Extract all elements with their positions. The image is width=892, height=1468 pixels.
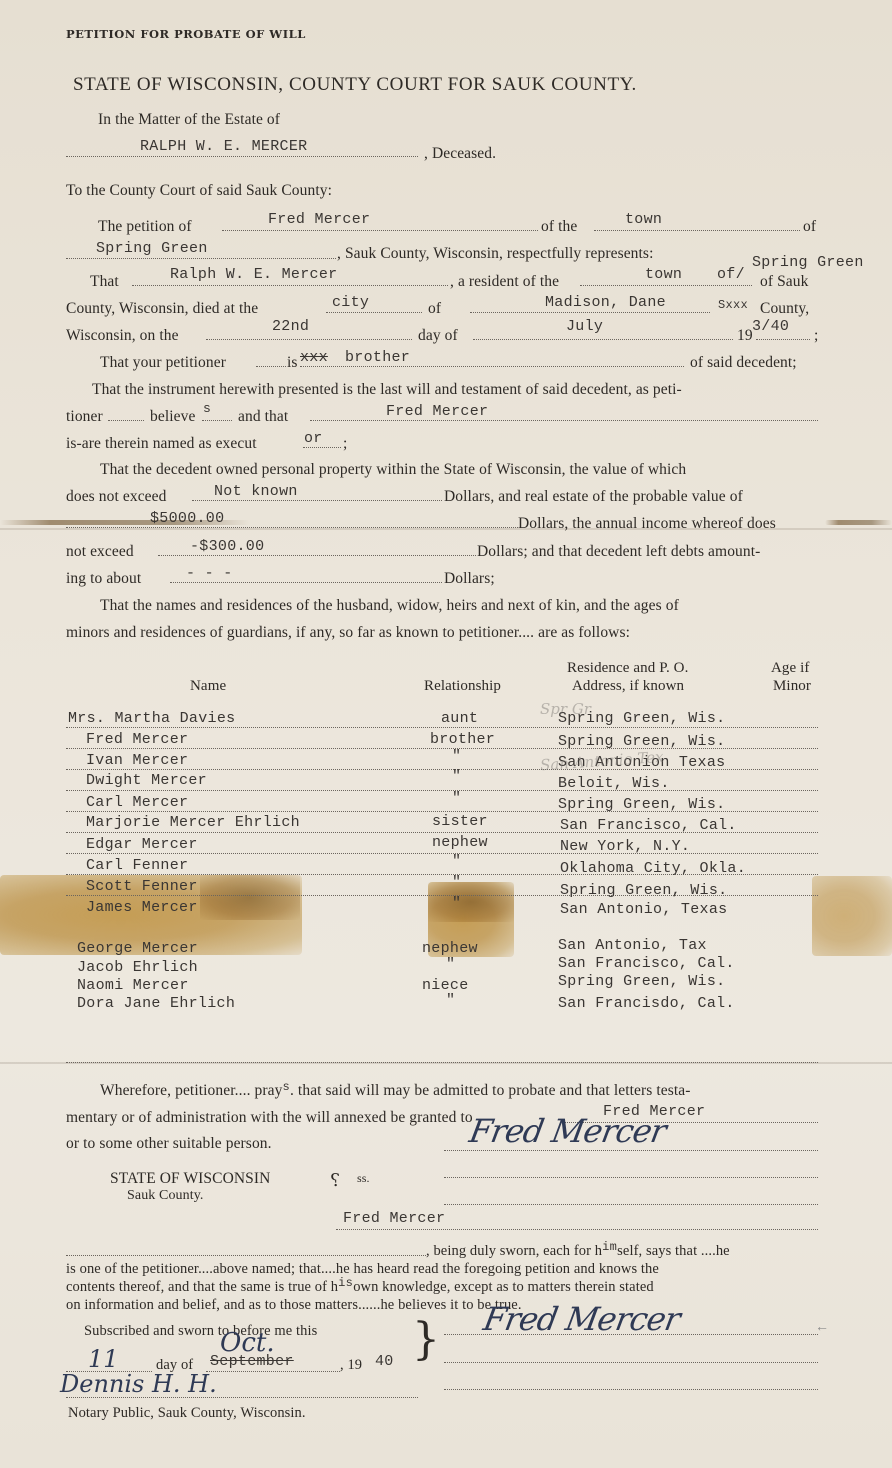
venue-county: Sauk County. [127,1188,204,1204]
heir-residence: Spring Green, Wis. [558,733,725,750]
deceased-label: , Deceased. [424,145,496,163]
label: , a resident of the [450,273,559,291]
oath-text: is one of the petitioner....above named;… [66,1261,659,1278]
column-header-age: Age if [771,660,810,677]
heir-residence: San Francisco, Cal. [558,955,735,972]
heir-name: Ivan Mercer [86,752,188,769]
label: of [428,300,441,318]
label: County, [760,300,809,318]
personal-property-field: Not known [214,483,298,500]
field-line [192,500,442,501]
signature-line [444,1389,818,1390]
oath-text: on information and belief, and as to tho… [66,1297,522,1314]
row-line [66,727,818,728]
label: of Sauk [760,273,809,291]
address-line: To the County Court of said Sauk County: [66,182,332,200]
heir-name: Naomi Mercer [77,977,189,994]
label: believe [150,408,195,426]
label: Dollars, and real estate of the probable… [444,488,743,506]
field-line [326,312,422,313]
label: tioner [66,408,103,426]
field-line [158,555,476,556]
heir-residence: San Antonio, Texas [560,901,727,918]
heir-residence: New York, N.Y. [560,838,690,855]
form-label: PETITION FOR PROBATE OF WILL [66,27,306,41]
pencil-annotation: Spr Gr [540,700,591,718]
death-year-field: 3/40 [752,318,789,335]
heir-name: James Mercer [86,899,198,916]
stain [825,520,892,525]
jurat-month-handwritten: Oct. [220,1328,275,1358]
heir-relationship: " [452,768,461,785]
field-line [310,420,818,421]
label: Dollars, the annual income whereof does [518,515,776,533]
heir-residence: Spring Green, Wis. [558,796,725,813]
heir-name: Dwight Mercer [86,772,207,789]
brace-icon: ⸮ [330,1170,340,1191]
jurat-year-field: 40 [375,1353,394,1370]
executor-name-field: Fred Mercer [386,403,488,420]
prayer-text: or to some other suitable person. [66,1135,272,1153]
label: day of [418,327,458,345]
label: ing to about [66,570,141,588]
heir-relationship: aunt [441,710,478,727]
label: is [287,354,298,372]
column-header-residence: Residence and P. O. [567,660,688,677]
heir-residence: Spring Green, Wis. [558,973,725,990]
heir-relationship: " [452,895,461,912]
paragraph-text: That the instrument herewith presented i… [92,381,682,399]
field-line [170,582,442,583]
label: Wisconsin, on the [66,327,179,345]
row-line [66,853,818,854]
field-line [66,527,518,528]
estate-matter-label: In the Matter of the Estate of [98,111,280,129]
heir-relationship: nephew [422,940,478,957]
field-line [756,339,810,340]
heir-relationship: " [452,748,461,765]
decedent-name-typed: Ralph W. E. Mercer [170,266,337,283]
field-line [580,285,752,286]
label: Dollars; and that decedent left debts am… [477,543,760,561]
check-mark: ← [815,1320,829,1336]
death-place-name-field: Madison, Dane [545,294,666,311]
annual-income-field: -$300.00 [190,538,264,555]
label: and that [238,408,288,426]
death-month-field: July [566,318,603,335]
municipality-type-field: town [625,211,662,228]
oath-text: contents thereof, and that the same is t… [66,1279,654,1296]
brace-icon: } [412,1318,440,1362]
label: of said decedent; [690,354,797,372]
struck-text: xxx [300,349,328,366]
struck-text: Sxxx [718,298,748,312]
column-header-minor: Minor [773,678,811,695]
heir-name: Carl Fenner [86,857,188,874]
jurat-day-handwritten: 11 [88,1345,119,1373]
label: The petition of [98,218,192,236]
field-line [66,1255,426,1256]
text: contents thereof, and that the same is t… [66,1279,338,1295]
heir-residence: Spring Green, Wis. [560,882,727,899]
heir-name: Carl Mercer [86,794,188,811]
heir-relationship: " [452,853,461,870]
label: County, Wisconsin, died at the [66,300,258,318]
signature-line [444,1204,818,1205]
field-line [336,1229,818,1230]
tape-stain [200,875,300,920]
column-header-relationship: Relationship [424,678,501,695]
text: self, says that ....he [617,1243,730,1259]
death-place-type-field: city [332,294,369,311]
heir-relationship: " [446,992,455,1009]
jurat-text: Subscribed and sworn to before me this [84,1323,317,1340]
heir-relationship: " [452,874,461,891]
label: ; [814,327,818,345]
label: not exceed [66,543,134,561]
label: 19 [737,327,753,345]
field-line [202,420,232,421]
petitioner-signature: Fred Mercer [467,1112,669,1150]
prayer-text: Wherefore, petitioner.... prays. that sa… [100,1082,691,1100]
text: , being duly sworn, each for h [426,1243,602,1259]
tape-stain [812,876,892,956]
heir-residence: San Antonio, Tax [558,937,707,954]
real-estate-value-field: $5000.00 [150,510,224,527]
typed-suffix: s [282,1080,290,1094]
field-line [594,230,800,231]
label: is-are therein named as execut [66,435,257,453]
document-page: PETITION FOR PROBATE OF WILL STATE OF WI… [0,0,892,1468]
column-header-name: Name [190,678,226,695]
affiant-signature: Fred Mercer [481,1300,683,1338]
separator-line [66,1062,818,1063]
label: Dollars; [444,570,495,588]
field-line [256,366,286,367]
heir-name: Dora Jane Ehrlich [77,995,235,1012]
heir-name: Edgar Mercer [86,836,198,853]
decedent-name-field: RALPH W. E. MERCER [140,138,307,155]
label: of [803,218,816,236]
heir-residence: San Francisdo, Cal. [558,995,735,1012]
tape-stain [428,882,514,922]
label: That [90,273,119,291]
notary-label: Notary Public, Sauk County, Wisconsin. [68,1405,306,1422]
signature-line [444,1150,818,1151]
venue-state: STATE OF WISCONSIN [110,1170,270,1188]
paragraph-text: minors and residences of guardians, if a… [66,624,630,642]
field-line [66,258,336,259]
residence-name-field: Spring Green [752,254,864,271]
heir-relationship: nephew [432,834,488,851]
paragraph-text: That the names and residences of the hus… [100,597,679,615]
field-line [473,339,733,340]
label: ; [343,435,347,453]
heir-name: George Mercer [77,940,198,957]
oath-text: , being duly sworn, each for himself, sa… [426,1243,730,1260]
field-line [66,156,418,157]
prayer-text: mentary or of administration with the wi… [66,1109,473,1127]
field-line [303,447,341,448]
heir-name: Fred Mercer [86,731,188,748]
typed-suffix: s [203,401,211,416]
relationship-field: brother [345,349,410,366]
text: own knowledge, except as to matters ther… [353,1279,654,1295]
typed-insert: is [338,1276,353,1290]
field-line [206,339,412,340]
heir-relationship: sister [432,813,488,830]
text: Wherefore, petitioner.... pray [100,1082,282,1099]
heir-residence: Beloit, Wis. [558,775,670,792]
petitioner-name-field: Fred Mercer [268,211,370,228]
residence-type-field: town [645,266,682,283]
notary-signature: Dennis H. H. [60,1370,217,1398]
signature-line [444,1362,818,1363]
label: of the [541,218,577,236]
row-line [66,790,818,791]
heir-relationship: brother [430,731,495,748]
label: That your petitioner [100,354,226,372]
signature-line [444,1177,818,1178]
label: , Sauk County, Wisconsin, respectfully r… [337,245,653,263]
heir-name: Jacob Ehrlich [77,959,198,976]
heir-relationship: " [446,956,455,973]
debts-field: - - - [186,565,233,582]
heir-relationship: " [452,790,461,807]
column-header-address: Address, if known [572,678,684,695]
heir-name: Marjorie Mercer Ehrlich [86,814,300,831]
field-line [222,230,538,231]
heir-name: Mrs. Martha Davies [68,710,235,727]
court-title: STATE OF WISCONSIN, COUNTY COURT FOR SAU… [73,74,637,96]
municipality-name-field: Spring Green [96,240,208,257]
field-line [132,285,448,286]
heir-residence: Oklahoma City, Okla. [560,860,746,877]
label: , 19 [340,1357,362,1374]
field-line [108,420,144,421]
field-line [300,366,684,367]
typed-suffix: or [304,430,323,447]
heir-residence: San Francisco, Cal. [560,817,737,834]
field-line [206,1371,340,1372]
death-day-field: 22nd [272,318,309,335]
label: does not exceed [66,488,167,506]
heir-name: Scott Fenner [86,878,198,895]
typed-insert: im [602,1240,617,1254]
affiant-name-field: Fred Mercer [343,1210,445,1227]
paragraph-text: That the decedent owned personal propert… [100,461,686,479]
residence-of-typed: of/ [717,266,745,283]
field-line [470,312,710,313]
text: . that said will may be admitted to prob… [290,1082,691,1099]
ss-label: ss. [357,1171,370,1186]
